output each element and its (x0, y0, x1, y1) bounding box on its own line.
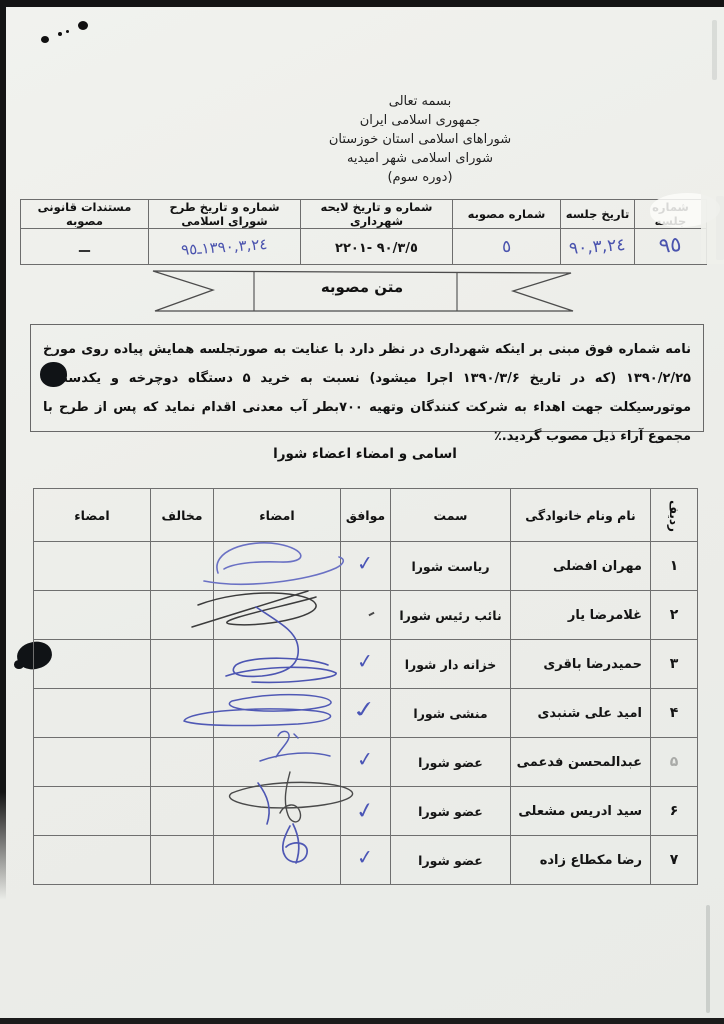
agree-check-icon: ✓ (349, 694, 379, 723)
member-name: رضا مکطاع زاده (511, 836, 651, 885)
ink-dot (58, 32, 62, 36)
member-row: ۴ امید علی شنبدی منشی شورا ✓ (34, 689, 698, 738)
signature-left-cell (34, 787, 151, 836)
agree-cell: ✓ (341, 738, 391, 787)
member-row-no: ۴ (651, 689, 698, 738)
meta-header-municipality-bill: شماره و تاریخ لایحه شهرداری (301, 200, 453, 229)
resolution-banner-title: متن مصوبه (146, 278, 578, 296)
member-row: ۶ سید ادریس مشعلی عضو شورا ✓ (34, 787, 698, 836)
signature-cell (214, 640, 341, 689)
member-position: نائب رئیس شورا (391, 591, 511, 640)
member-name: حمیدرضا باقری (511, 640, 651, 689)
correction-fluid-patch (701, 190, 724, 264)
meta-value-council-plan: ١٣٩٠,٣,٢٤ـ٩٥ (149, 229, 301, 265)
oppose-cell (151, 787, 214, 836)
member-row-no: ۵ (651, 738, 698, 787)
signature-cell (214, 836, 341, 885)
member-row: ۲ غلامرضا یار نائب رئیس شورا – (34, 591, 698, 640)
signature-left-cell (34, 738, 151, 787)
members-header-signature-left: امضاء (34, 489, 151, 542)
member-position: عضو شورا (391, 787, 511, 836)
members-header-oppose: مخالف (151, 489, 214, 542)
oppose-cell (151, 591, 214, 640)
ink-dot (78, 21, 88, 30)
scanned-document-page: بسمه تعالی جمهوری اسلامی ایران شوراهای ا… (0, 0, 724, 1024)
member-position: منشی شورا (391, 689, 511, 738)
agree-dash-icon: – (363, 603, 378, 622)
letterhead: بسمه تعالی جمهوری اسلامی ایران شوراهای ا… (250, 92, 590, 187)
member-position: ریاست شورا (391, 542, 511, 591)
members-section-title: اسامی و امضاء اعضاء شورا (33, 446, 697, 462)
signature-left-cell (34, 542, 151, 591)
meta-header-row: شماره جلسه تاریخ جلسه شماره مصوبه شماره … (21, 200, 707, 229)
letterhead-line-province-councils: شوراهای اسلامی استان خوزستان (250, 130, 590, 149)
signature-left-cell (34, 689, 151, 738)
member-name: عبدالمحسن فدعمی (511, 738, 651, 787)
meta-header-session-date: تاریخ جلسه (561, 200, 635, 229)
agree-cell: ✓ (341, 836, 391, 885)
oppose-cell (151, 640, 214, 689)
oppose-cell (151, 738, 214, 787)
member-row-no: ۶ (651, 787, 698, 836)
meta-header-resolution-no: شماره مصوبه (453, 200, 561, 229)
signature-cell (214, 738, 341, 787)
signature-cell (214, 787, 341, 836)
meta-value-municipality-bill: ٩٠/٣/٥ -٢٢٠١ (301, 229, 453, 265)
scan-edge-top (0, 0, 724, 7)
member-position: عضو شورا (391, 738, 511, 787)
agree-cell: ✓ (341, 787, 391, 836)
member-row-no: ۳ (651, 640, 698, 689)
member-position: عضو شورا (391, 836, 511, 885)
member-row-no: ۲ (651, 591, 698, 640)
members-header-row: ردیف نام ونام خانوادگی سمت موافق امضاء م… (34, 489, 698, 542)
letterhead-line-country: جمهوری اسلامی ایران (250, 111, 590, 130)
member-row: ۷ رضا مکطاع زاده عضو شورا ✓ (34, 836, 698, 885)
letterhead-line-bismillah: بسمه تعالی (250, 92, 590, 111)
member-row-no: ۷ (651, 836, 698, 885)
meta-value-legal-docs: ــ (21, 229, 149, 265)
oppose-cell (151, 689, 214, 738)
member-row: ۵ عبدالمحسن فدعمی عضو شورا ✓ (34, 738, 698, 787)
signature-left-cell (34, 836, 151, 885)
member-name: امید علی شنبدی (511, 689, 651, 738)
member-row-no: ۱ (651, 542, 698, 591)
member-row: ۳ حمیدرضا باقری خزانه دار شورا ✓ (34, 640, 698, 689)
resolution-text-box: نامه شماره فوق مبنی بر اینکه شهرداری در … (30, 324, 704, 432)
agree-check-icon: ✓ (356, 648, 375, 674)
ink-blot (14, 660, 24, 669)
agree-check-icon: ✓ (354, 797, 376, 825)
agree-cell: – (341, 591, 391, 640)
oppose-cell (151, 542, 214, 591)
scan-edge-bottom (0, 1018, 724, 1024)
meta-header-legal-docs: مستندات قانونی مصوبه (21, 200, 149, 229)
agree-check-icon: ✓ (356, 844, 375, 870)
meta-value-session-no: ٩٥ (635, 229, 707, 265)
oppose-cell (151, 836, 214, 885)
resolution-meta-table: شماره جلسه تاریخ جلسه شماره مصوبه شماره … (20, 199, 706, 265)
meta-value-resolution-no: ٥ (453, 229, 561, 265)
signature-cell (214, 689, 341, 738)
members-header-agree: موافق (341, 489, 391, 542)
signature-left-cell (34, 591, 151, 640)
members-header-signature: امضاء (214, 489, 341, 542)
members-header-row-no: ردیف (651, 489, 698, 542)
member-name: غلامرضا یار (511, 591, 651, 640)
agree-cell: ✓ (341, 689, 391, 738)
agree-check-icon: ✓ (356, 550, 375, 576)
signature-left-cell (34, 640, 151, 689)
meta-value-row: ٩٥ ٩٠,٣,٢٤ ٥ ٩٠/٣/٥ -٢٢٠١ ١٣٩٠,٣,٢٤ـ٩٥ ـ… (21, 229, 707, 265)
scan-edge-left (0, 0, 6, 900)
resolution-text: نامه شماره فوق مبنی بر اینکه شهرداری در … (43, 342, 691, 444)
agree-check-icon: ✓ (356, 746, 375, 772)
meta-header-council-plan: شماره و تاریخ طرح شورای اسلامی (149, 200, 301, 229)
member-row: ۱ مهران افضلی ریاست شورا ✓ (34, 542, 698, 591)
scan-tear-mark (706, 905, 710, 1013)
ink-dot (41, 36, 49, 43)
meta-value-session-date: ٩٠,٣,٢٤ (561, 229, 635, 265)
signature-cell (214, 591, 341, 640)
member-name: سید ادریس مشعلی (511, 787, 651, 836)
letterhead-line-city-council: شورای اسلامی شهر امیدیه (250, 149, 590, 168)
signature-cell (214, 542, 341, 591)
agree-cell: ✓ (341, 640, 391, 689)
ink-dot (66, 30, 69, 33)
member-name: مهران افضلی (511, 542, 651, 591)
letterhead-line-term: (دوره سوم) (250, 168, 590, 187)
members-header-position: سمت (391, 489, 511, 542)
members-signature-table: ردیف نام ونام خانوادگی سمت موافق امضاء م… (33, 488, 697, 885)
member-position: خزانه دار شورا (391, 640, 511, 689)
ink-blot (40, 362, 67, 387)
members-header-name: نام ونام خانوادگی (511, 489, 651, 542)
scan-tear-mark (712, 20, 717, 80)
agree-cell: ✓ (341, 542, 391, 591)
